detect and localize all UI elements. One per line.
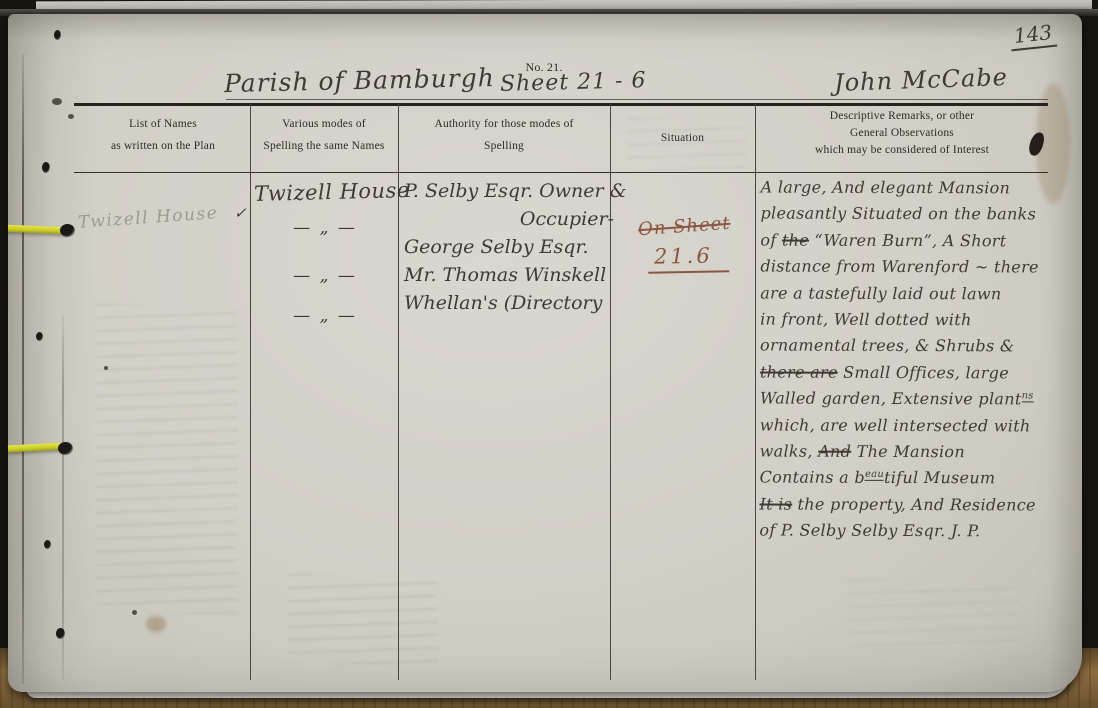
column-divider	[755, 104, 756, 680]
remarks-text-segment: distance from Warenford ~ there	[760, 257, 1039, 277]
punch-hole	[58, 442, 73, 455]
sheet-number: Sheet 21 - 6	[500, 68, 647, 97]
remarks-text-segment: A large, And elegant Mansion	[761, 177, 1011, 197]
remarks-text-segment: which, are well intersected with	[760, 415, 1031, 435]
bleed-through-text	[96, 304, 238, 614]
header-line: which may be considered of Interest	[759, 144, 1045, 156]
header-bottom-rule	[74, 172, 1048, 173]
remarks-line: there are Small Offices, large	[760, 362, 1056, 389]
authority-line: Whellan's (Directory	[404, 292, 614, 314]
paper-speck	[52, 98, 62, 105]
authority-line: Occupier-	[404, 208, 622, 230]
paper-speck	[132, 610, 137, 615]
heavy-top-rule	[74, 103, 1048, 106]
folio-number: 143	[1009, 20, 1058, 52]
bleed-through-text	[626, 118, 746, 170]
situation-sheet-number: 21.6	[648, 243, 729, 273]
struck-text: there are	[760, 362, 838, 381]
authority-line: P. Selby Esqr. Owner &	[404, 180, 614, 202]
inserted-text: eau	[865, 469, 884, 481]
remarks-text-segment: walks,	[760, 441, 819, 460]
checkmark: ✓	[234, 204, 247, 222]
paper-speck	[68, 114, 74, 119]
remarks-line: distance from Warenford ~ there	[760, 257, 1056, 284]
remarks-text-segment: “Waren Burn”, A Short	[809, 230, 1006, 250]
header-line: Authority for those modes of	[402, 118, 606, 130]
inserted-text: ns	[1022, 390, 1034, 402]
authority-line: George Selby Esqr.	[404, 236, 614, 258]
name-book-page: 143 No. 21. Parish of Bamburgh Sheet 21 …	[8, 14, 1082, 692]
struck-text: the	[782, 230, 809, 249]
struck-text: It is	[759, 494, 792, 513]
brown-stain	[146, 616, 166, 632]
punch-hole	[56, 628, 65, 639]
spelling-name-ink: Twizell House	[254, 178, 410, 206]
situation-on-sheet: On Sheet	[637, 213, 731, 240]
bleed-through-text	[288, 574, 438, 664]
remarks-line: Walled garden, Extensive plantns	[760, 389, 1056, 416]
column-divider	[250, 104, 251, 680]
remarks-line: of P. Selby Selby Esqr. J. P.	[759, 521, 1055, 548]
remarks-text-segment: pleasantly Situated on the banks	[760, 204, 1036, 224]
remarks-text-segment: are a tastefully laid out lawn	[760, 283, 1001, 303]
remarks-line: which, are well intersected with	[760, 415, 1056, 442]
ditto-mark: — „ —	[260, 218, 390, 238]
header-line: Various modes of	[254, 118, 394, 130]
parish-title: Parish of Bamburgh	[224, 63, 495, 98]
remarks-line: of the “Waren Burn”, A Short	[760, 230, 1056, 257]
remarks-line: ornamental trees, & Shrubs &	[760, 336, 1056, 363]
header-line: Spelling the same Names	[254, 140, 394, 152]
struck-text: And	[818, 442, 851, 461]
name-on-plan-pencil: Twizell House	[77, 203, 218, 233]
header-spelling-modes: Various modes of Spelling the same Names	[254, 118, 394, 152]
remarks-text: A large, And elegant Mansionpleasantly S…	[759, 177, 1056, 547]
remarks-line: Contains a beautiful Museum	[760, 468, 1056, 495]
remarks-text-segment: the property, And Residence	[792, 494, 1036, 514]
thin-top-rule	[226, 99, 1048, 100]
photographed-register-scene: 143 No. 21. Parish of Bamburgh Sheet 21 …	[0, 0, 1098, 708]
punch-hole	[60, 224, 75, 237]
ditto-mark: — „ —	[260, 306, 390, 326]
ditto-mark: — „ —	[260, 266, 390, 286]
header-situation: Situation	[614, 132, 751, 144]
header-line: Spelling	[402, 140, 606, 152]
remarks-text-segment: ornamental trees, & Shrubs &	[760, 336, 1014, 356]
remarks-line: pleasantly Situated on the banks	[760, 204, 1056, 231]
remarks-text-segment: Walled garden, Extensive plant	[760, 389, 1022, 409]
bleed-through-text	[848, 580, 1018, 650]
remarks-text-segment: Contains a b	[760, 468, 865, 487]
remarks-text-segment: in front, Well dotted with	[760, 309, 972, 329]
remarks-line: in front, Well dotted with	[760, 309, 1056, 336]
binding-crease	[22, 54, 24, 684]
header-list-of-names: List of Names as written on the Plan	[78, 118, 248, 152]
header-line: Descriptive Remarks, or other	[759, 110, 1045, 122]
remarks-line: A large, And elegant Mansion	[761, 177, 1057, 204]
header-line: List of Names	[78, 118, 248, 130]
paper-speck	[104, 366, 108, 370]
header-line: as written on the Plan	[78, 140, 248, 152]
surveyor-signature: John McCabe	[834, 63, 1009, 97]
remarks-text-segment: of	[760, 230, 782, 249]
remarks-text-segment: Small Offices, large	[838, 362, 1009, 382]
paper-crease	[62, 314, 64, 680]
header-line: General Observations	[759, 127, 1045, 139]
remarks-text-segment: The Mansion	[851, 442, 965, 461]
punch-hole	[44, 540, 51, 549]
remarks-line: It is the property, And Residence	[759, 494, 1055, 521]
punch-hole	[36, 332, 43, 341]
remarks-text-segment: tiful Museum	[884, 468, 995, 487]
remarks-line: walks, And The Mansion	[760, 441, 1056, 468]
header-remarks: Descriptive Remarks, or other General Ob…	[759, 110, 1045, 156]
remarks-line: are a tastefully laid out lawn	[760, 283, 1056, 310]
punch-hole	[42, 162, 50, 173]
header-authority: Authority for those modes of Spelling	[402, 118, 606, 152]
authority-line: Mr. Thomas Winskell	[404, 264, 614, 286]
remarks-text-segment: of P. Selby Selby Esqr. J. P.	[759, 521, 980, 541]
punch-hole	[54, 30, 61, 40]
